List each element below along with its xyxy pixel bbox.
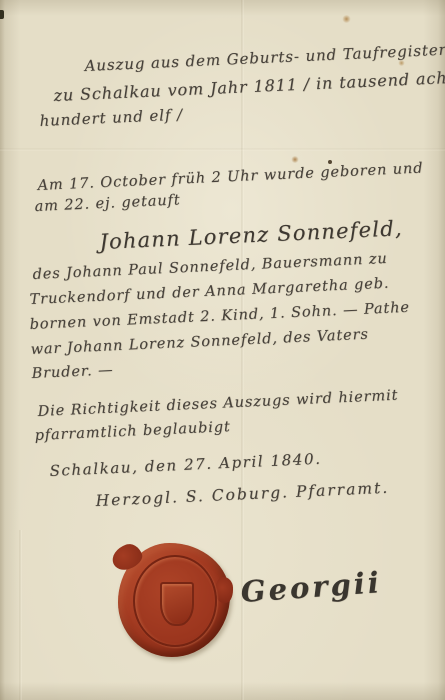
child-name: Johann Lorenz Sonnefeld, bbox=[99, 216, 403, 254]
pastor-signature: Georgii bbox=[240, 565, 383, 609]
details-line-4: war Johann Lorenz Sonnefeld, des Vaters bbox=[30, 327, 369, 358]
place-date-line: Schalkau, den 27. April 1840. bbox=[49, 450, 322, 480]
certification-line-1: Die Richtigkeit dieses Auszugs wird hier… bbox=[37, 388, 398, 420]
document-page: Auszug aus dem Geburts- und Taufregister… bbox=[0, 0, 445, 700]
seal-shield-icon bbox=[160, 582, 194, 626]
ink-fleck bbox=[328, 160, 332, 164]
details-line-5: Bruder. — bbox=[31, 362, 114, 382]
foxing-spot bbox=[291, 156, 299, 163]
wax-lump bbox=[215, 577, 233, 603]
fold-crease-horizontal bbox=[0, 148, 445, 151]
foxing-spot bbox=[398, 60, 405, 66]
entry-line-1: Am 17. October früh 2 Uhr wurde geboren … bbox=[37, 160, 423, 194]
certification-line-2: pfarramtlich beglaubigt bbox=[34, 419, 231, 444]
seal-emblem-ring bbox=[133, 555, 217, 647]
fold-crease-bottom-left bbox=[19, 530, 22, 700]
red-wax-seal bbox=[118, 543, 230, 657]
wax-lump bbox=[109, 541, 145, 574]
edge-mark bbox=[0, 10, 4, 19]
header-line-3: hundert und elf / bbox=[39, 106, 183, 130]
entry-line-2: am 22. ej. getauft bbox=[34, 192, 181, 215]
foxing-spot bbox=[342, 15, 351, 23]
